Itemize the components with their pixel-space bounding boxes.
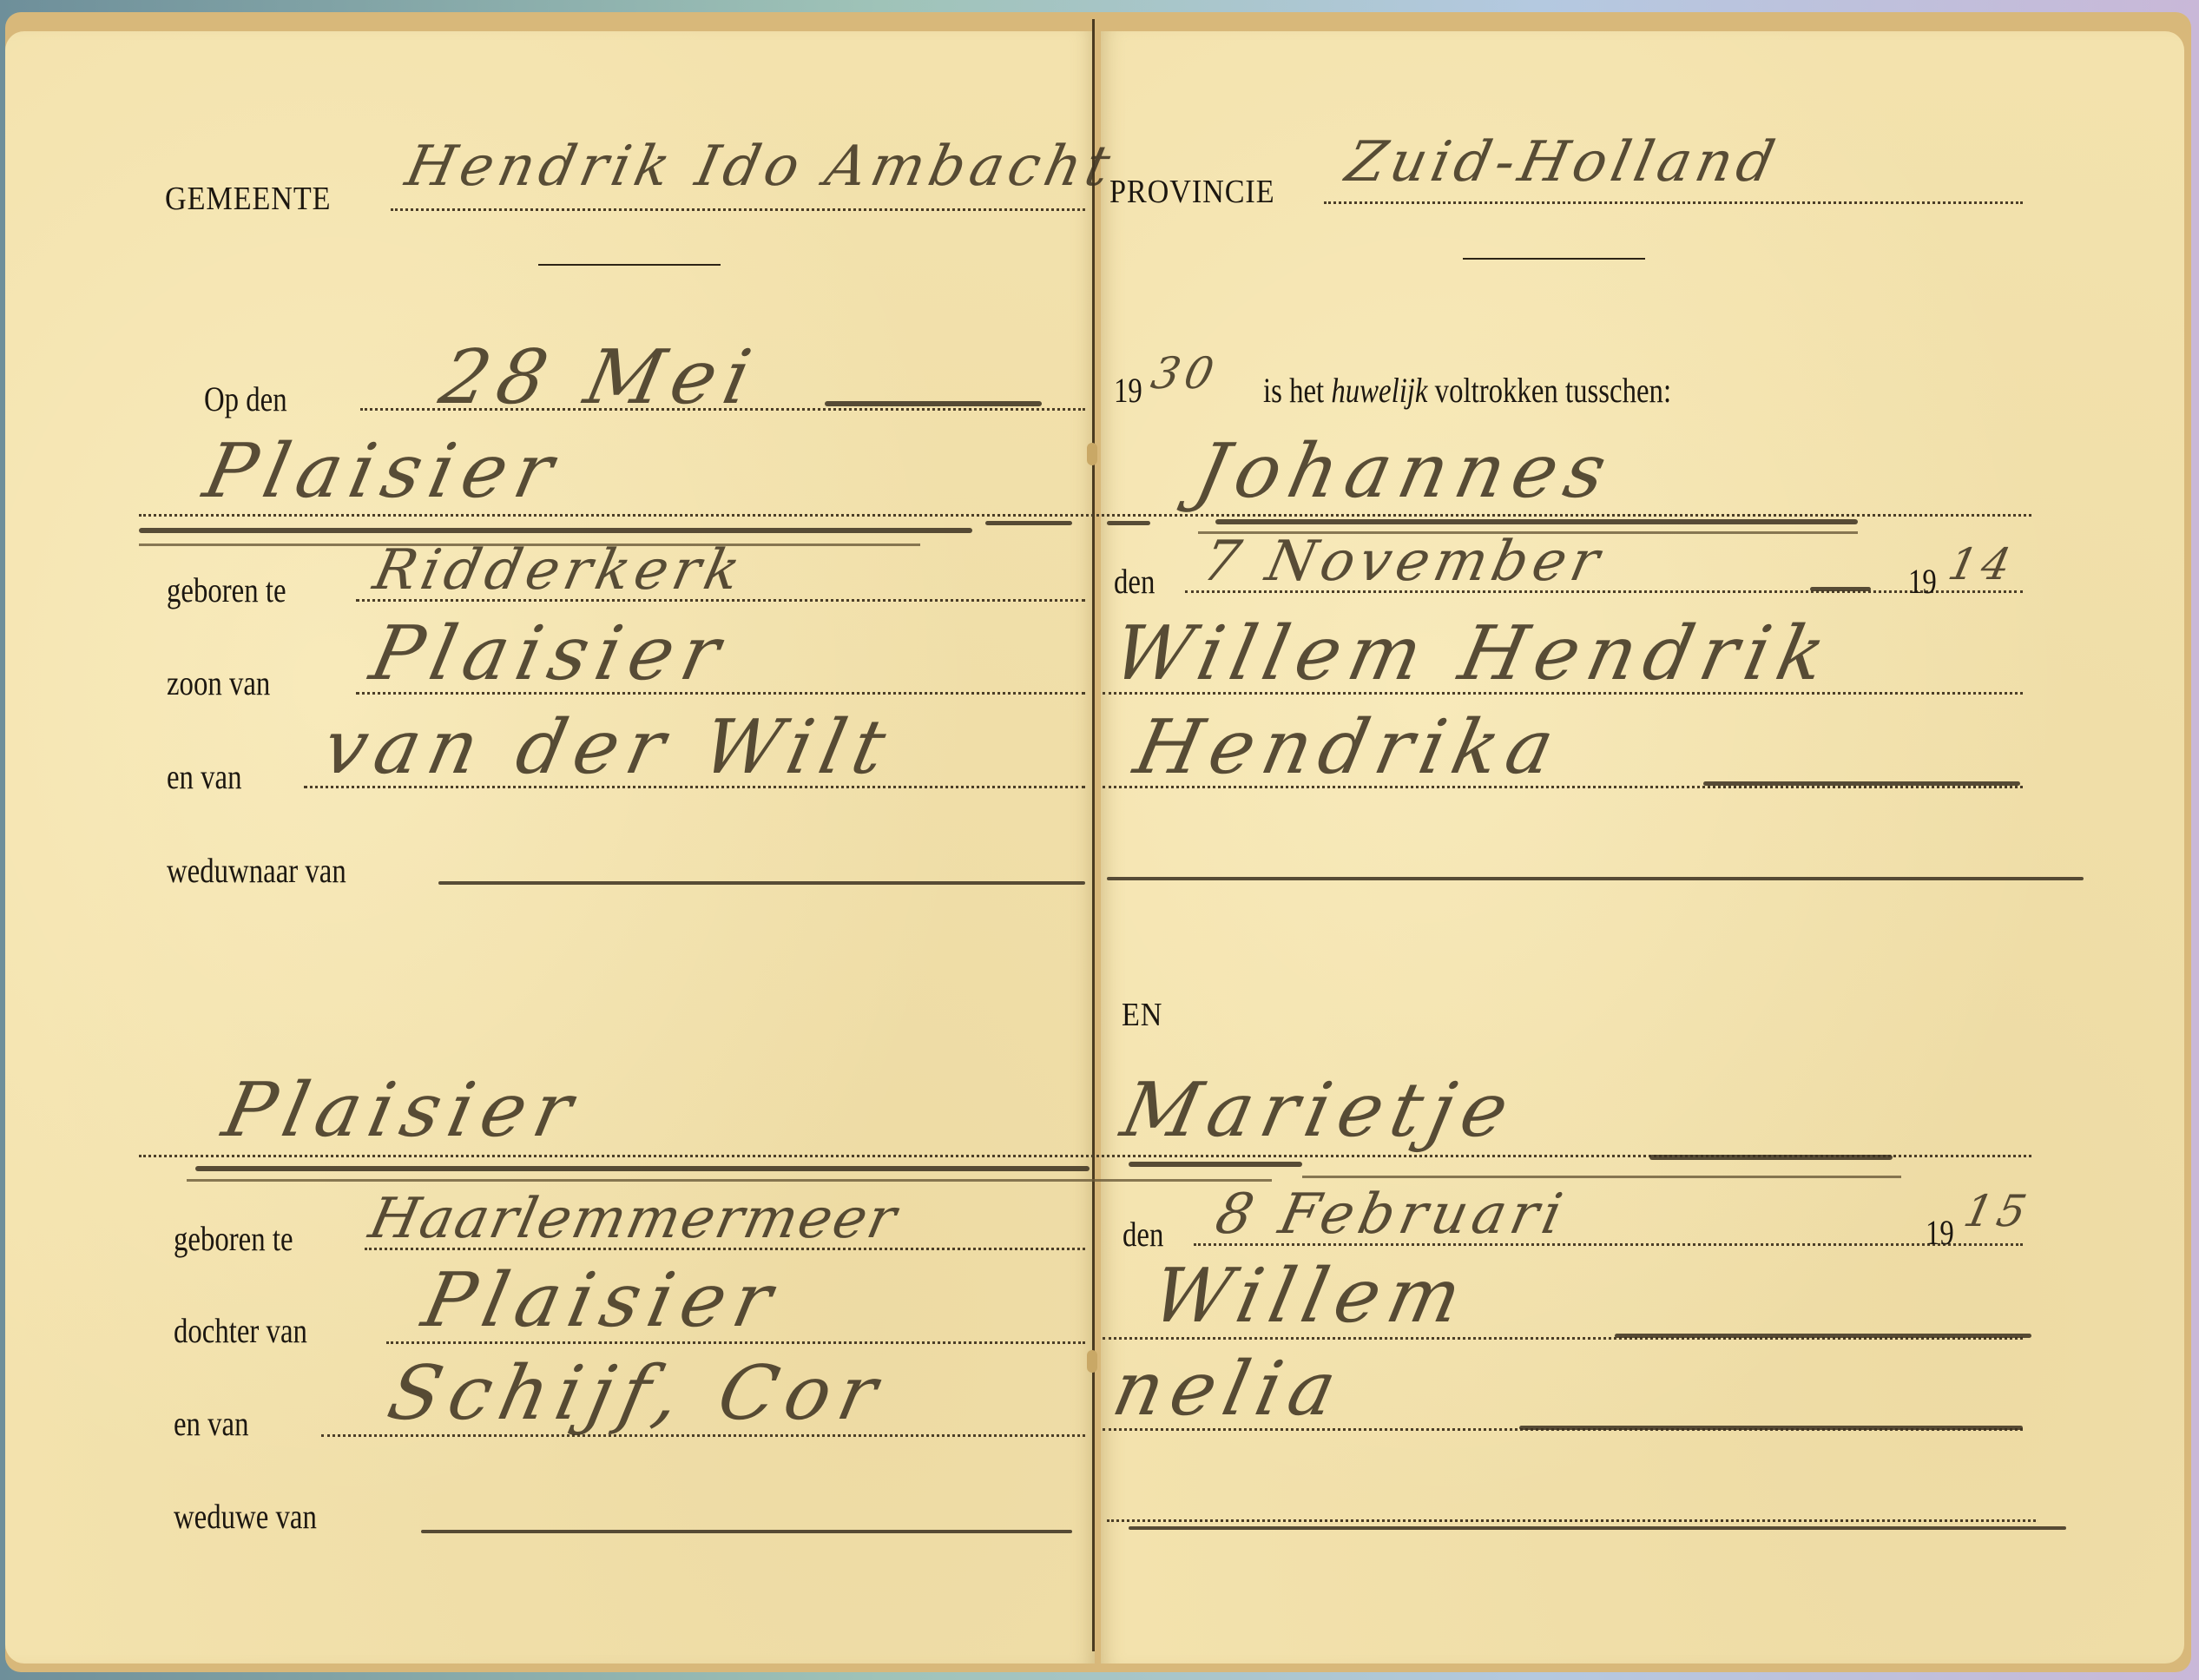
bride-mother-surname-handwritten: Schijf, Cor — [382, 1356, 892, 1431]
bride-name-underline-left — [195, 1166, 1090, 1171]
weduwnaar-van-label: weduwnaar van — [167, 853, 346, 888]
groom-birth-year-prefix: 19 — [1908, 564, 1937, 599]
bride-birth-year-suffix: 15 — [1960, 1189, 2035, 1233]
dochter-van-label: dochter van — [174, 1314, 307, 1348]
groom-name-dash-1 — [985, 521, 1072, 525]
zoon-van-label: zoon van — [167, 666, 270, 701]
groom-mother-given-handwritten: Hendrika — [1129, 710, 1569, 785]
groom-birthplace-handwritten: Ridderkerk — [369, 543, 750, 598]
bride-name-underline-right — [1649, 1155, 1893, 1160]
booklet — [5, 12, 2191, 1672]
groom-father-surname-handwritten: Plaisier — [365, 616, 734, 691]
groom-birth-year-suffix: 14 — [1945, 543, 2019, 586]
groom-mother-line-stroke — [1703, 781, 2020, 786]
groom-birthdate-dash — [1810, 587, 1871, 591]
groom-name-underline-right — [1215, 519, 1858, 524]
sentence-post: voltrokken tusschen: — [1435, 371, 1671, 410]
bride-name-underline-mid — [1129, 1162, 1302, 1167]
groom-name-dash-2 — [1107, 521, 1150, 525]
bride-mother-line-stroke — [1519, 1426, 2023, 1430]
bride-name-underline-right-thin — [1302, 1176, 1901, 1178]
groom-name-underline-left — [139, 528, 972, 533]
marriage-sentence: is het huwelijk voltrokken tusschen: — [1263, 373, 1671, 408]
bride-name-underline-left-thin — [187, 1179, 1272, 1182]
bride-birth-year-prefix: 19 — [1926, 1216, 1954, 1250]
header-divider-left — [538, 264, 721, 266]
date-line-stroke — [825, 401, 1042, 406]
provincie-label: PROVINCIE — [1109, 175, 1275, 208]
widow-line-right — [1129, 1526, 2066, 1530]
widow-line-left — [421, 1530, 1072, 1533]
bride-mother-given-handwritten: nelia — [1107, 1352, 1351, 1426]
groom-en-van-label: en van — [167, 760, 242, 794]
widow-dotted-line-right — [1107, 1519, 2036, 1522]
gemeente-handwritten: Hendrik Ido Ambacht — [401, 139, 1120, 194]
groom-mother-surname-handwritten: van der Wilt — [317, 710, 900, 785]
bride-geboren-te-label: geboren te — [174, 1222, 293, 1256]
groom-given-name-handwritten: Johannes — [1189, 434, 1621, 509]
en-label: EN — [1122, 998, 1162, 1031]
provincie-handwritten: Zuid-Holland — [1341, 135, 1784, 190]
bride-en-van-label: en van — [174, 1407, 249, 1441]
groom-birthdate-handwritten: 7 November — [1198, 534, 1609, 590]
groom-den-label: den — [1114, 564, 1155, 599]
bride-father-given-handwritten: Willem — [1146, 1259, 1476, 1334]
provincie-dotted-line — [1324, 201, 2023, 204]
book-spine — [1092, 19, 1095, 1651]
widower-line-right — [1107, 877, 2084, 880]
groom-geboren-te-label: geboren te — [167, 573, 286, 608]
header-divider-right — [1463, 258, 1645, 260]
staple-hole-bottom — [1087, 1350, 1097, 1373]
year-suffix-handwritten: 30 — [1148, 352, 1222, 395]
bride-den-label: den — [1123, 1217, 1163, 1252]
marriage-date-handwritten: 28 Mei — [434, 340, 766, 415]
bride-birthdate-handwritten: 8 Februari — [1211, 1187, 1571, 1242]
bride-father-surname-handwritten: Plaisier — [417, 1263, 787, 1338]
year-prefix: 19 — [1114, 373, 1142, 408]
gemeente-dotted-line — [391, 208, 1085, 211]
staple-hole-top — [1087, 443, 1097, 465]
bride-surname-handwritten: Plaisier — [217, 1073, 587, 1148]
weduwe-van-label: weduwe van — [174, 1499, 317, 1534]
groom-surname-handwritten: Plaisier — [198, 434, 568, 509]
bride-given-name-handwritten: Marietje — [1116, 1073, 1523, 1148]
bride-father-line-stroke — [1615, 1334, 2031, 1338]
gemeente-label: GEMEENTE — [165, 182, 331, 215]
bride-birthplace-handwritten: Haarlemmermeer — [365, 1191, 903, 1247]
groom-father-given-handwritten: Willem Hendrik — [1107, 616, 1840, 691]
sentence-italic-huwelijk: huwelijk — [1331, 371, 1427, 410]
sentence-pre: is het — [1263, 371, 1324, 410]
widower-line-left — [438, 881, 1085, 885]
op-den-label: Op den — [204, 382, 287, 417]
